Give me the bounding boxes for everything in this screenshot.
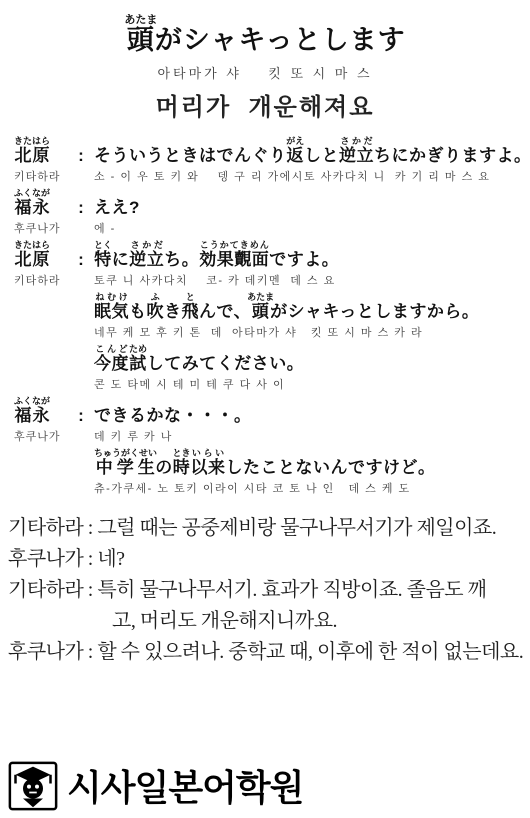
- dialogue-japanese-row: 今度こんど試ためしてみてください。: [14, 344, 520, 374]
- dialogue-japanese-text: 特とくに逆立さかだち。効果覿面こうかてきめんですよ。: [94, 250, 339, 269]
- dialogue-japanese-row: 福永ふくなが:ええ?: [14, 188, 520, 218]
- translation-line: 후쿠나가 : 네?: [8, 544, 526, 575]
- speaker-korean-name: 키타하라: [14, 272, 94, 288]
- page-root: { "title_block": { "segments": [ {"t": "…: [0, 0, 530, 818]
- translation-line: 기타하라 : 특히 물구나무서기. 효과가 직방이죠. 졸음도 깨: [8, 575, 526, 606]
- dialogue-japanese-text: 眠気ねむけも吹ふき飛とんで、頭あたまがシャキっとしますから。: [94, 302, 479, 321]
- speaker-name: 北原きたはら: [14, 240, 68, 270]
- translation-section: 기타하라 : 그럴 때는 공중제비랑 물구나무서기가 제일이죠.후쿠나가 : 네…: [0, 513, 530, 668]
- furigana-ruby: 返がえ: [287, 146, 305, 165]
- furigana-ruby: 中学生ちゅうがくせい: [94, 458, 155, 477]
- dialogue-pronunciation-row: 콘 도 타메 시 테 미 테 쿠 다 사 이: [14, 375, 520, 393]
- dialogue-line: 福永ふくなが:ええ?후쿠나가에 -: [14, 188, 520, 237]
- furigana-ruby: 北原きたはら: [14, 146, 50, 165]
- dialogue-line: 今度こんど試ためしてみてください。콘 도 타메 시 테 미 테 쿠 다 사 이: [14, 344, 520, 393]
- speaker-korean-name: 후쿠나가: [14, 220, 94, 236]
- speaker-colon: :: [68, 406, 94, 426]
- korean-pronunciation: 네무 케 모 후 키 톤 데 아타마가 샤 킷 또 시 마 스 카 라: [94, 327, 423, 339]
- furigana-ruby: 飛と: [182, 302, 200, 321]
- speaker-colon: :: [68, 250, 94, 270]
- korean-pronunciation: 츄-가쿠세- 노 토키 이라이 시타 코 토 나 인 데 스 케 도: [94, 483, 411, 495]
- dialogue-pronunciation-row: 츄-가쿠세- 노 토키 이라이 시타 코 토 나 인 데 스 케 도: [14, 479, 520, 497]
- furigana-ruby: 効果覿面こうかてきめん: [199, 250, 269, 269]
- furigana-ruby: 時とき: [173, 458, 191, 477]
- logo-section: 시사일본어학원: [8, 760, 303, 811]
- dialogue-pronunciation-row: 후쿠나가데 키 루 카 나: [14, 427, 520, 445]
- furigana-ruby: 福永ふくなが: [14, 406, 50, 425]
- title-korean-meaning: 머리가 개운해져요: [0, 87, 530, 122]
- translation-text: 할 수 있으려나. 중학교 때, 이후에 한 적이 없는데요.: [97, 641, 523, 663]
- dialogue-line: 眠気ねむけも吹ふき飛とんで、頭あたまがシャキっとしますから。네무 케 모 후 키…: [14, 292, 520, 341]
- translation-speaker: 후쿠나가 :: [8, 641, 97, 663]
- speaker-korean-name: 키타하라: [14, 168, 94, 184]
- dialogue-japanese-text: 中学生ちゅうがくせいの時とき以来いらいしたことないんですけど。: [94, 458, 436, 477]
- translation-speaker: 후쿠나가 :: [8, 548, 97, 570]
- dialogue-japanese-text: できるかな・・・。: [94, 406, 252, 425]
- dialogue-japanese-row: 福永ふくなが:できるかな・・・。: [14, 396, 520, 426]
- dialogue-pronunciation-row: 키타하라소 - 이 우 토 키 와 뎅 구 리 가에시토 사카다치 니 카 기 …: [14, 167, 520, 185]
- dialogue-japanese-text: 今度こんど試ためしてみてください。: [94, 354, 304, 373]
- dialogue-japanese-row: 北原きたはら:特とくに逆立さかだち。効果覿面こうかてきめんですよ。: [14, 240, 520, 270]
- title-japanese: 頭あたまがシャキっとします: [0, 14, 530, 57]
- furigana-ruby: 眠気ねむけ: [94, 302, 129, 321]
- furigana-ruby: 北原きたはら: [14, 250, 50, 269]
- korean-pronunciation: 데 키 루 카 나: [94, 431, 173, 443]
- speaker-colon: :: [68, 198, 94, 218]
- korean-pronunciation: 에 -: [94, 223, 116, 235]
- translation-text: 고, 머리도 개운해지니까요.: [112, 610, 337, 632]
- korean-pronunciation: 콘 도 타메 시 테 미 테 쿠 다 사 이: [94, 379, 285, 391]
- furigana-ruby: 試ため: [129, 354, 147, 373]
- furigana-ruby: 特とく: [94, 250, 112, 269]
- translation-text: 특히 물구나무서기. 효과가 직방이죠. 졸음도 깨: [97, 579, 486, 601]
- speaker-name: 北原きたはら: [14, 136, 68, 166]
- furigana-ruby: 今度こんど: [94, 354, 129, 373]
- translation-speaker: 기타하라 :: [8, 579, 97, 601]
- dialogue-japanese-row: 北原きたはら:そういうときはでんぐり返がえしと逆立さかだちにかぎりますよ。: [14, 136, 520, 166]
- title-pronunciation: 아타마가 샤 킷 또 시 마 스: [0, 63, 530, 82]
- dialogue-line: 福永ふくなが:できるかな・・・。후쿠나가데 키 루 카 나: [14, 396, 520, 445]
- furigana-ruby: 福永ふくなが: [14, 198, 50, 217]
- scholar-graduate-icon: [8, 761, 58, 811]
- dialogue-pronunciation-row: 네무 케 모 후 키 톤 데 아타마가 샤 킷 또 시 마 스 카 라: [14, 323, 520, 341]
- furigana-ruby: 吹ふ: [147, 302, 165, 321]
- title-section: 頭あたまがシャキっとします 아타마가 샤 킷 또 시 마 스 머리가 개운해져요: [0, 0, 530, 122]
- logo-text: 시사일본어학원: [67, 760, 303, 811]
- dialogue-japanese-row: 中学生ちゅうがくせいの時とき以来いらいしたことないんですけど。: [14, 448, 520, 478]
- furigana-ruby: 頭あたま: [251, 302, 270, 321]
- speaker-name: 福永ふくなが: [14, 188, 68, 218]
- speaker-name: 福永ふくなが: [14, 396, 68, 426]
- translation-line: 후쿠나가 : 할 수 있으려나. 중학교 때, 이후에 한 적이 없는데요.: [8, 637, 526, 668]
- dialogue-line: 中学生ちゅうがくせいの時とき以来いらいしたことないんですけど。츄-가쿠세- 노 …: [14, 448, 520, 497]
- speaker-korean-name: 후쿠나가: [14, 428, 94, 444]
- dialogue-line: 北原きたはら:そういうときはでんぐり返がえしと逆立さかだちにかぎりますよ。키타하…: [14, 136, 520, 185]
- dialogue-japanese-row: 眠気ねむけも吹ふき飛とんで、頭あたまがシャキっとしますから。: [14, 292, 520, 322]
- furigana-ruby: 以来いらい: [191, 458, 226, 477]
- korean-pronunciation: 소 - 이 우 토 키 와 뎅 구 리 가에시토 사카다치 니 카 기 리 마 …: [94, 171, 490, 183]
- furigana-ruby: 逆立さかだ: [339, 146, 374, 165]
- translation-line: 기타하라 : 그럴 때는 공중제비랑 물구나무서기가 제일이죠.: [8, 513, 526, 544]
- dialogue-japanese-text: ええ?: [94, 198, 140, 217]
- dialogue-line: 北原きたはら:特とくに逆立さかだち。効果覿面こうかてきめんですよ。키타하라토쿠 …: [14, 240, 520, 289]
- furigana-ruby: 頭あたま: [124, 25, 155, 55]
- korean-pronunciation: 토쿠 니 사카다치 코- 카 데키멘 데 스 요: [94, 275, 336, 287]
- translation-text: 네?: [97, 548, 124, 570]
- furigana-ruby: 逆立さかだ: [129, 250, 164, 269]
- translation-text: 그럴 때는 공중제비랑 물구나무서기가 제일이죠.: [97, 517, 496, 539]
- speaker-colon: :: [68, 146, 94, 166]
- dialogue-pronunciation-row: 키타하라토쿠 니 사카다치 코- 카 데키멘 데 스 요: [14, 271, 520, 289]
- translation-line: 고, 머리도 개운해지니까요.: [8, 606, 526, 637]
- dialogue-japanese-text: そういうときはでんぐり返がえしと逆立さかだちにかぎりますよ。: [94, 146, 530, 165]
- dialogue-section: 北原きたはら:そういうときはでんぐり返がえしと逆立さかだちにかぎりますよ。키타하…: [0, 136, 530, 497]
- dialogue-pronunciation-row: 후쿠나가에 -: [14, 219, 520, 237]
- translation-speaker: 기타하라 :: [8, 517, 97, 539]
